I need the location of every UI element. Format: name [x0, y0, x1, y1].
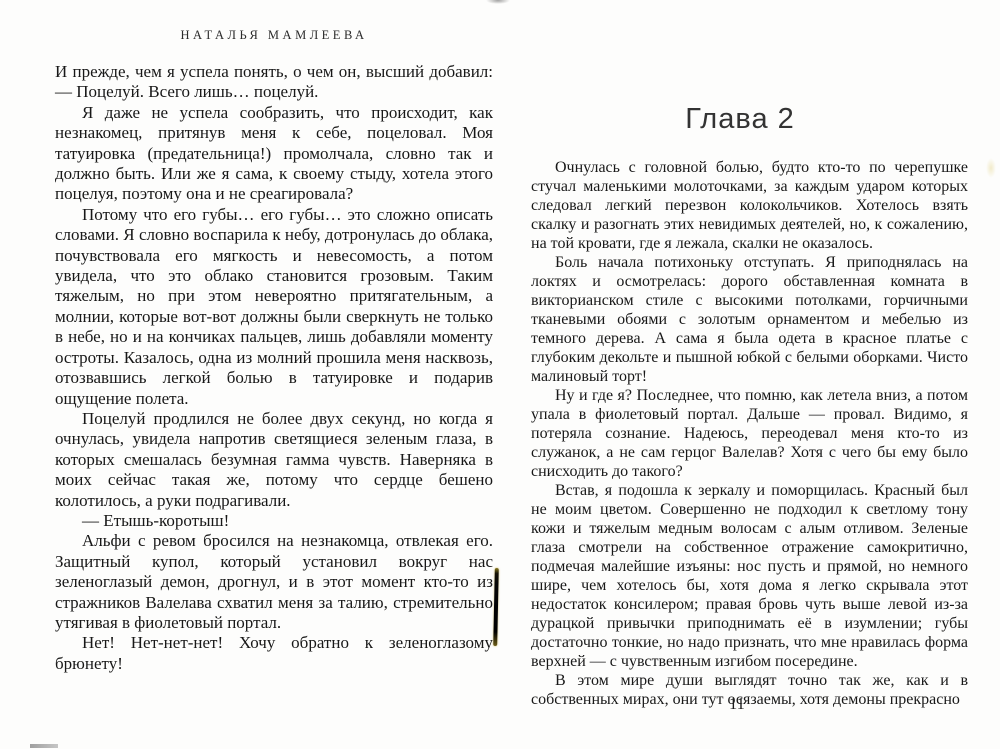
right-edge-smudge	[986, 158, 996, 178]
body-paragraph: Встав, я подошла к зеркалу и поморщилась…	[531, 481, 968, 671]
left-page-body: И прежде, чем я успела понять, о чем он,…	[55, 62, 493, 674]
page-number: 11	[712, 694, 762, 714]
body-paragraph: Альфи с ревом бросился на незнакомца, от…	[55, 531, 493, 633]
body-paragraph: Очнулась с головной болью, будто кто-то …	[531, 158, 968, 253]
body-paragraph: Боль начала потихоньку отступать. Я прип…	[531, 253, 968, 386]
running-header-author: НАТАЛЬЯ МАМЛЕЕВА	[55, 28, 493, 42]
body-paragraph: Ну и где я? Последнее, что помню, как ле…	[531, 386, 968, 481]
chapter-heading: Глава 2	[531, 103, 949, 136]
right-page-body: Очнулась с головной болью, будто кто-то …	[531, 158, 968, 709]
bottom-left-scan-mark	[30, 744, 58, 748]
book-spread: НАТАЛЬЯ МАМЛЕЕВА И прежде, чем я успела …	[0, 0, 1000, 749]
left-page: НАТАЛЬЯ МАМЛЕЕВА И прежде, чем я успела …	[55, 28, 493, 674]
top-edge-smudge	[486, 0, 510, 4]
body-paragraph: Поцелуй продлился не более двух секунд, …	[55, 409, 493, 511]
body-paragraph: Нет! Нет-нет-нет! Хочу обратно к зеленог…	[55, 633, 493, 674]
right-page: Глава 2 Очнулась с головной болью, будто…	[531, 103, 968, 709]
body-paragraph: Потому что его губы… его губы… это сложн…	[55, 205, 493, 409]
body-paragraph: И прежде, чем я успела понять, о чем он,…	[55, 62, 493, 103]
body-paragraph-dialogue: — Етышь-коротыш!	[55, 511, 493, 531]
body-paragraph: Я даже не успела сообразить, что происхо…	[55, 103, 493, 205]
gutter-scan-mark	[493, 568, 499, 646]
